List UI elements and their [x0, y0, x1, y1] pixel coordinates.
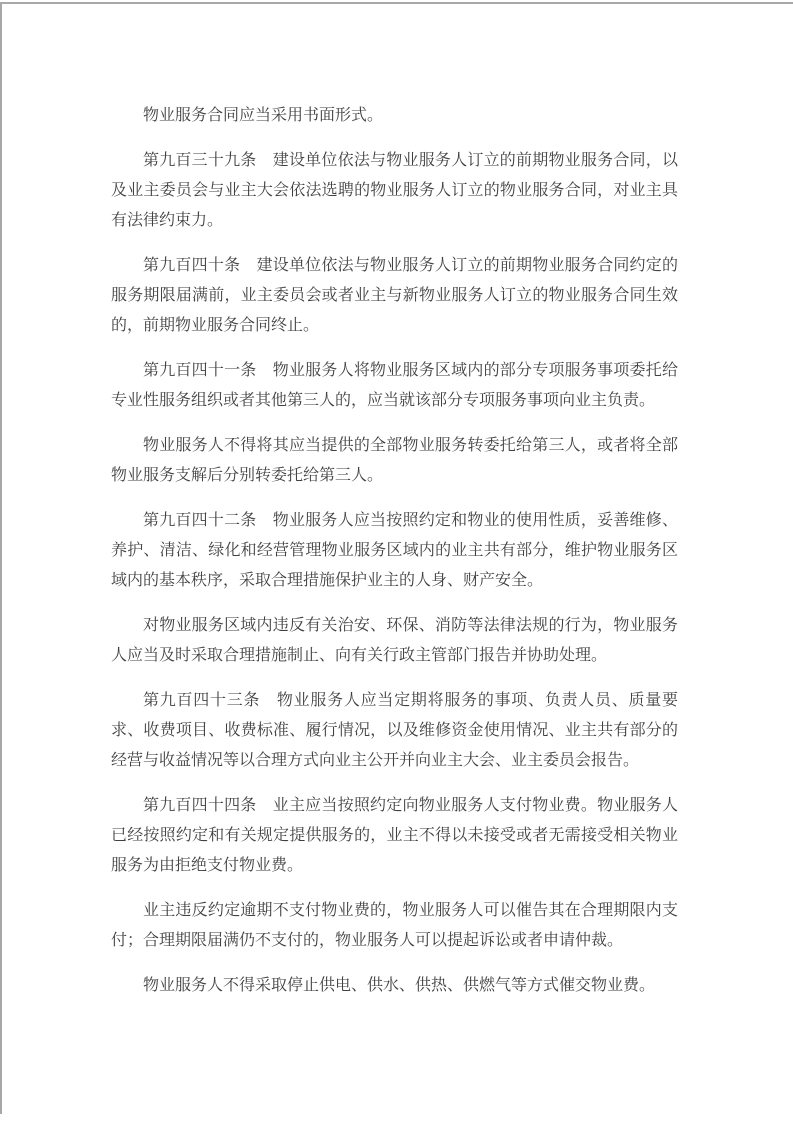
legal-paragraph-article-943: 第九百四十三条 物业服务人应当定期将服务的事项、负责人员、质量要求、收费项目、收… — [111, 685, 678, 775]
legal-paragraph-article-939: 第九百三十九条 建设单位依法与物业服务人订立的前期物业服务合同，以及业主委员会与… — [111, 145, 678, 235]
page-left-border — [0, 2, 2, 1114]
legal-paragraph: 业主违反约定逾期不支付物业费的，物业服务人可以催告其在合理期限内支付；合理期限届… — [111, 895, 678, 955]
page-top-border — [0, 2, 793, 4]
document-content: 物业服务合同应当采用书面形式。 第九百三十九条 建设单位依法与物业服务人订立的前… — [111, 100, 678, 1000]
legal-paragraph-article-941: 第九百四十一条 物业服务人将物业服务区域内的部分专项服务事项委托给专业性服务组织… — [111, 355, 678, 415]
legal-paragraph-article-942: 第九百四十二条 物业服务人应当按照约定和物业的使用性质，妥善维修、养护、清洁、绿… — [111, 505, 678, 595]
legal-paragraph: 物业服务人不得将其应当提供的全部物业服务转委托给第三人，或者将全部物业服务支解后… — [111, 430, 678, 490]
legal-paragraph-article-944: 第九百四十四条 业主应当按照约定向物业服务人支付物业费。物业服务人已经按照约定和… — [111, 790, 678, 880]
document-page: 物业服务合同应当采用书面形式。 第九百三十九条 建设单位依法与物业服务人订立的前… — [0, 0, 793, 1122]
legal-paragraph: 物业服务合同应当采用书面形式。 — [111, 100, 678, 130]
legal-paragraph: 物业服务人不得采取停止供电、供水、供热、供燃气等方式催交物业费。 — [111, 970, 678, 1000]
legal-paragraph: 对物业服务区域内违反有关治安、环保、消防等法律法规的行为，物业服务人应当及时采取… — [111, 610, 678, 670]
legal-paragraph-article-940: 第九百四十条 建设单位依法与物业服务人订立的前期物业服务合同约定的服务期限届满前… — [111, 250, 678, 340]
